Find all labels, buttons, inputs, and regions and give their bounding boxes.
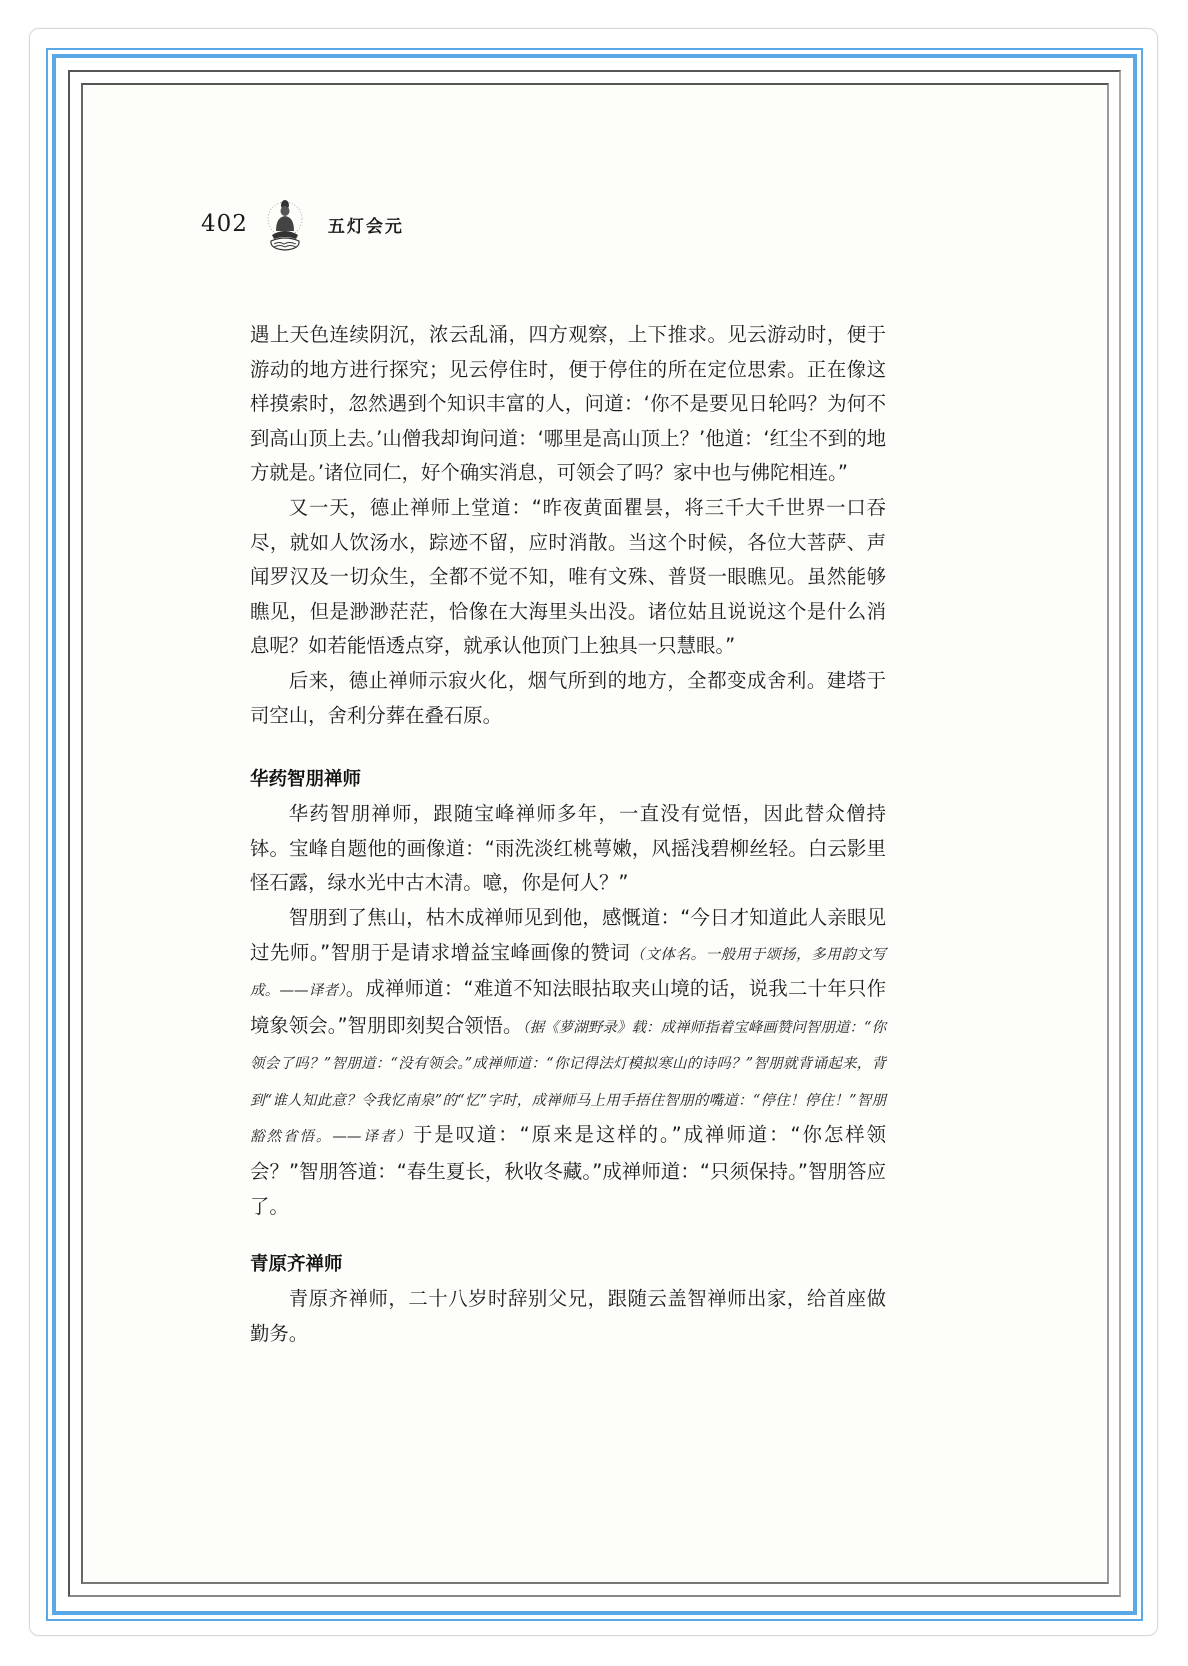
seated-buddha-icon: [262, 197, 308, 251]
paragraph: 智朋到了焦山，枯木成禅师见到他，感慨道：“今日才知道此人亲眼见过先师。”智朋于是…: [250, 901, 886, 1224]
page-number: 402: [201, 211, 248, 237]
paragraph: 华药智朋禅师，跟随宝峰禅师多年，一直没有觉悟，因此替众僧持钵。宝峰自题他的画像道…: [250, 797, 886, 901]
section-heading: 华药智朋禅师: [250, 763, 886, 797]
paragraph: 后来，德止禅师示寂火化，烟气所到的地方，全都变成舍利。建塔于司空山，舍利分葬在叠…: [250, 664, 886, 733]
paragraph: 遇上天色连续阴沉，浓云乱涌，四方观察，上下推求。见云游动时，便于游动的地方进行探…: [250, 318, 886, 491]
paragraph: 又一天，德止禅师上堂道：“昨夜黄面瞿昙，将三千大千世界一口吞尽，就如人饮汤水，踪…: [250, 491, 886, 664]
body-text: 遇上天色连续阴沉，浓云乱涌，四方观察，上下推求。见云游动时，便于游动的地方进行探…: [250, 318, 886, 1351]
book-title: 五灯会元: [328, 212, 404, 237]
paragraph: 青原齐禅师，二十八岁时辞别父兄，跟随云盖智禅师出家，给首座做勤务。: [250, 1282, 886, 1351]
spacer: [250, 733, 886, 763]
running-head: 402 五灯会元: [201, 196, 404, 252]
spacer: [250, 1224, 886, 1248]
section-heading: 青原齐禅师: [250, 1248, 886, 1282]
